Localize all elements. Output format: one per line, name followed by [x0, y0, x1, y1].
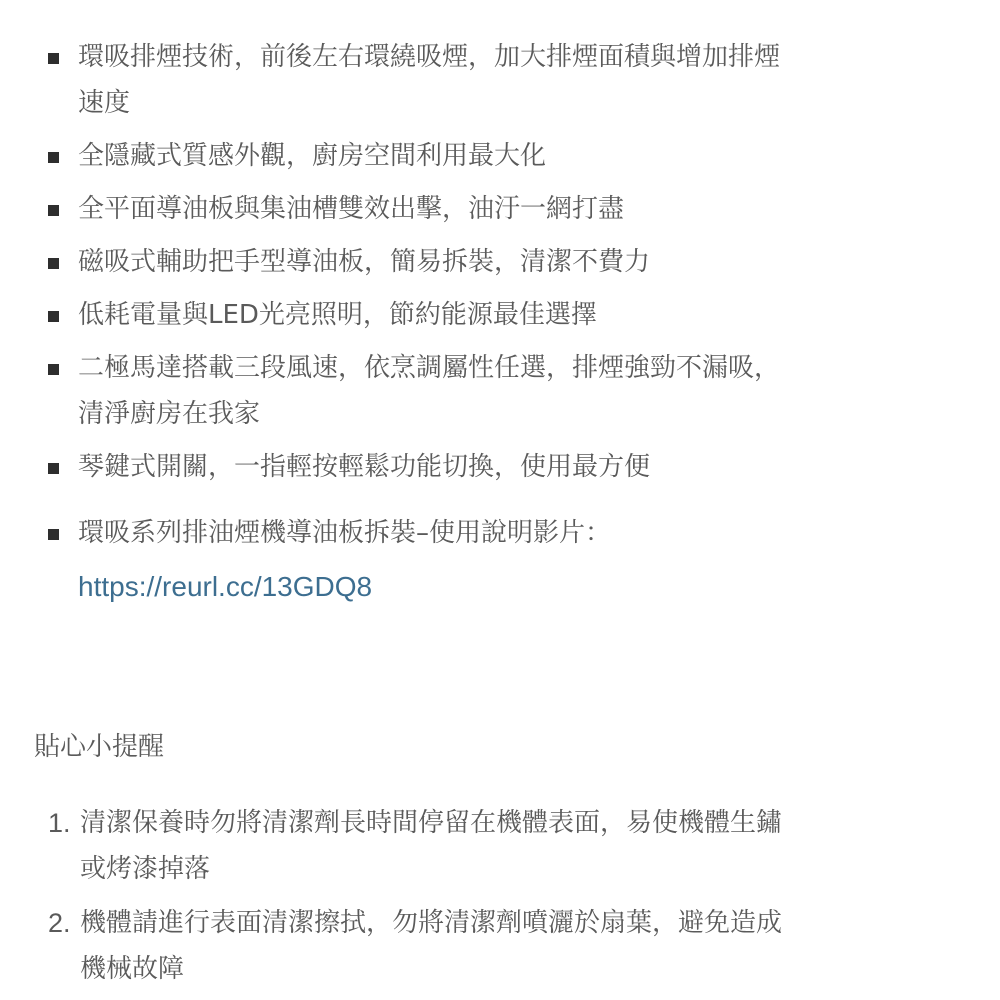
feature-text: 二極馬達搭載三段風速，依烹調屬性任選，排煙強勁不漏吸，清淨廚房在我家 — [78, 353, 780, 429]
feature-item: 琴鍵式開關，一指輕按輕鬆功能切換，使用最方便 — [48, 444, 788, 490]
tip-number: 1. — [48, 800, 71, 846]
square-bullet-icon — [48, 311, 59, 322]
feature-item: 二極馬達搭載三段風速，依烹調屬性任選，排煙強勁不漏吸，清淨廚房在我家 — [48, 345, 788, 437]
video-link[interactable]: https://reurl.cc/13GDQ8 — [78, 564, 788, 610]
square-bullet-icon — [48, 205, 59, 216]
video-item: 環吸系列排油煙機導油板拆裝–使用說明影片： https://reurl.cc/1… — [48, 510, 788, 610]
square-bullet-icon — [48, 364, 59, 375]
square-bullet-icon — [48, 53, 59, 64]
feature-item: 全平面導油板與集油槽雙效出擊，油汙一網打盡 — [48, 186, 788, 232]
tip-item: 2. 機體請進行表面清潔擦拭，勿將清潔劑噴灑於扇葉，避免造成機械故障 — [48, 900, 788, 992]
tip-item: 1. 清潔保養時勿將清潔劑長時間停留在機體表面，易使機體生鏽或烤漆掉落 — [48, 800, 788, 892]
feature-text: 全隱藏式質感外觀，廚房空間利用最大化 — [78, 141, 546, 171]
tips-list: 1. 清潔保養時勿將清潔劑長時間停留在機體表面，易使機體生鏽或烤漆掉落 2. 機… — [48, 800, 788, 1000]
tips-heading: 貼心小提醒 — [34, 724, 164, 770]
square-bullet-icon — [48, 152, 59, 163]
feature-text: 琴鍵式開關，一指輕按輕鬆功能切換，使用最方便 — [78, 452, 650, 482]
square-bullet-icon — [48, 529, 59, 540]
feature-item: 磁吸式輔助把手型導油板，簡易拆裝，清潔不費力 — [48, 239, 788, 285]
video-label: 環吸系列排油煙機導油板拆裝–使用說明影片： — [78, 518, 611, 548]
tip-text: 機體請進行表面清潔擦拭，勿將清潔劑噴灑於扇葉，避免造成機械故障 — [80, 908, 782, 984]
tip-number: 2. — [48, 900, 71, 946]
feature-text: 低耗電量與LED光亮照明，節約能源最佳選擇 — [78, 300, 597, 330]
square-bullet-icon — [48, 258, 59, 269]
feature-text: 環吸排煙技術，前後左右環繞吸煙，加大排煙面積與增加排煙速度 — [78, 42, 780, 118]
feature-item: 低耗電量與LED光亮照明，節約能源最佳選擇 — [48, 292, 788, 338]
feature-text: 全平面導油板與集油槽雙效出擊，油汙一網打盡 — [78, 194, 624, 224]
feature-text: 磁吸式輔助把手型導油板，簡易拆裝，清潔不費力 — [78, 247, 650, 277]
feature-list: 環吸排煙技術，前後左右環繞吸煙，加大排煙面積與增加排煙速度 全隱藏式質感外觀，廚… — [48, 34, 788, 617]
square-bullet-icon — [48, 463, 59, 474]
tip-text: 清潔保養時勿將清潔劑長時間停留在機體表面，易使機體生鏽或烤漆掉落 — [80, 808, 782, 884]
feature-item: 全隱藏式質感外觀，廚房空間利用最大化 — [48, 133, 788, 179]
feature-item: 環吸排煙技術，前後左右環繞吸煙，加大排煙面積與增加排煙速度 — [48, 34, 788, 126]
